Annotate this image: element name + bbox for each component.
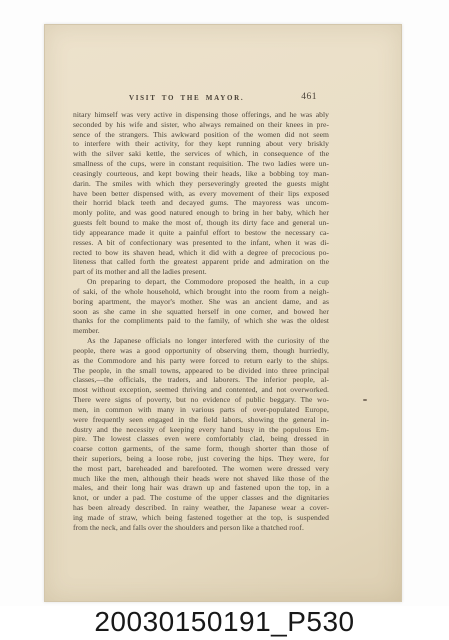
chapter-title: VISIT TO THE MAYOR.	[129, 94, 244, 102]
text-line: liteness that called forth the greatest …	[73, 257, 329, 267]
text-line: as the Commodore and his party were forc…	[73, 356, 329, 366]
text-line: nitary himself was very active in dispen…	[73, 110, 329, 120]
text-line: As the Japanese officials no longer inte…	[73, 336, 329, 346]
text-line: have been better dispensed with, as ever…	[73, 189, 329, 199]
text-line: ceasingly courteous, and kept bowing the…	[73, 169, 329, 179]
text-line: with the silver saki kettle, the service…	[73, 149, 329, 159]
text-line: much like the men, although their heads …	[73, 474, 329, 484]
archive-id-label: 20030150191_P530	[0, 606, 449, 640]
text-line: resses. A bit of confectionary was prese…	[73, 238, 329, 248]
text-line: classes,—the officials, the traders, and…	[73, 375, 329, 385]
page-number: 461	[301, 92, 317, 102]
text-line: dustry and the necessity of keeping ever…	[73, 425, 329, 435]
text-line: coarse cotton garments, of the same form…	[73, 444, 329, 454]
text-line: monly polite, and was good natured enoug…	[73, 208, 329, 218]
text-line: knot, or under a pad. The costume of the…	[73, 493, 329, 503]
text-line: to interfere with their activity, for th…	[73, 139, 329, 149]
book-page: VISIT TO THE MAYOR. 461 nitary himself w…	[44, 24, 402, 602]
text-line: The people, in the small towns, appeared…	[73, 366, 329, 376]
text-line: males, and their long hair was drawn up …	[73, 483, 329, 493]
text-line: were frequently seen engaged in the fiel…	[73, 415, 329, 425]
text-line: soon as she came in she squatted herself…	[73, 307, 329, 317]
text-line: has been already described. In rainy wea…	[73, 503, 329, 513]
text-line: of saki, of the whole household, which b…	[73, 287, 329, 297]
text-line: their horrid black teeth and decayed gum…	[73, 198, 329, 208]
scan-speck	[363, 399, 367, 401]
text-line: boring apartment, the mayor's mother. Sh…	[73, 297, 329, 307]
text-line: thanks for the compliments paid to the f…	[73, 316, 329, 326]
photo-backdrop: VISIT TO THE MAYOR. 461 nitary himself w…	[0, 0, 449, 640]
text-line: tidy appearance made it quite a painful …	[73, 228, 329, 238]
text-line: guests felt bound to make the most of, t…	[73, 218, 329, 228]
text-line: sence of the strangers. This awkward pos…	[73, 130, 329, 140]
text-line: ing made of straw, which being fastened …	[73, 513, 329, 523]
text-line: most without exception, seemed thriving …	[73, 385, 329, 395]
text-line: smallness of the cups, were in constant …	[73, 159, 329, 169]
text-line: pire. The lowest classes even were comfo…	[73, 434, 329, 444]
text-line: On preparing to depart, the Commodore pr…	[73, 277, 329, 287]
text-line: their superiors, being a loose robe, jus…	[73, 454, 329, 464]
text-line: rected to bow its shaven head, which it …	[73, 248, 329, 258]
text-line: member.	[73, 326, 329, 336]
running-head: VISIT TO THE MAYOR. 461	[73, 94, 329, 106]
text-line: men, in common with many in various part…	[73, 405, 329, 415]
text-line: the most part, bareheaded and barefooted…	[73, 464, 329, 474]
text-line: seconded by his wife and sister, who alw…	[73, 120, 329, 130]
text-line: part of its mother and all the ladies pr…	[73, 267, 329, 277]
body-text: nitary himself was very active in dispen…	[73, 110, 329, 533]
text-line: from the neck, and falls over the should…	[73, 523, 329, 533]
text-line: darin. The smiles with which they persev…	[73, 179, 329, 189]
text-line: people, there was a good opportunity of …	[73, 346, 329, 356]
text-line: There were signs of poverty, but no evid…	[73, 395, 329, 405]
